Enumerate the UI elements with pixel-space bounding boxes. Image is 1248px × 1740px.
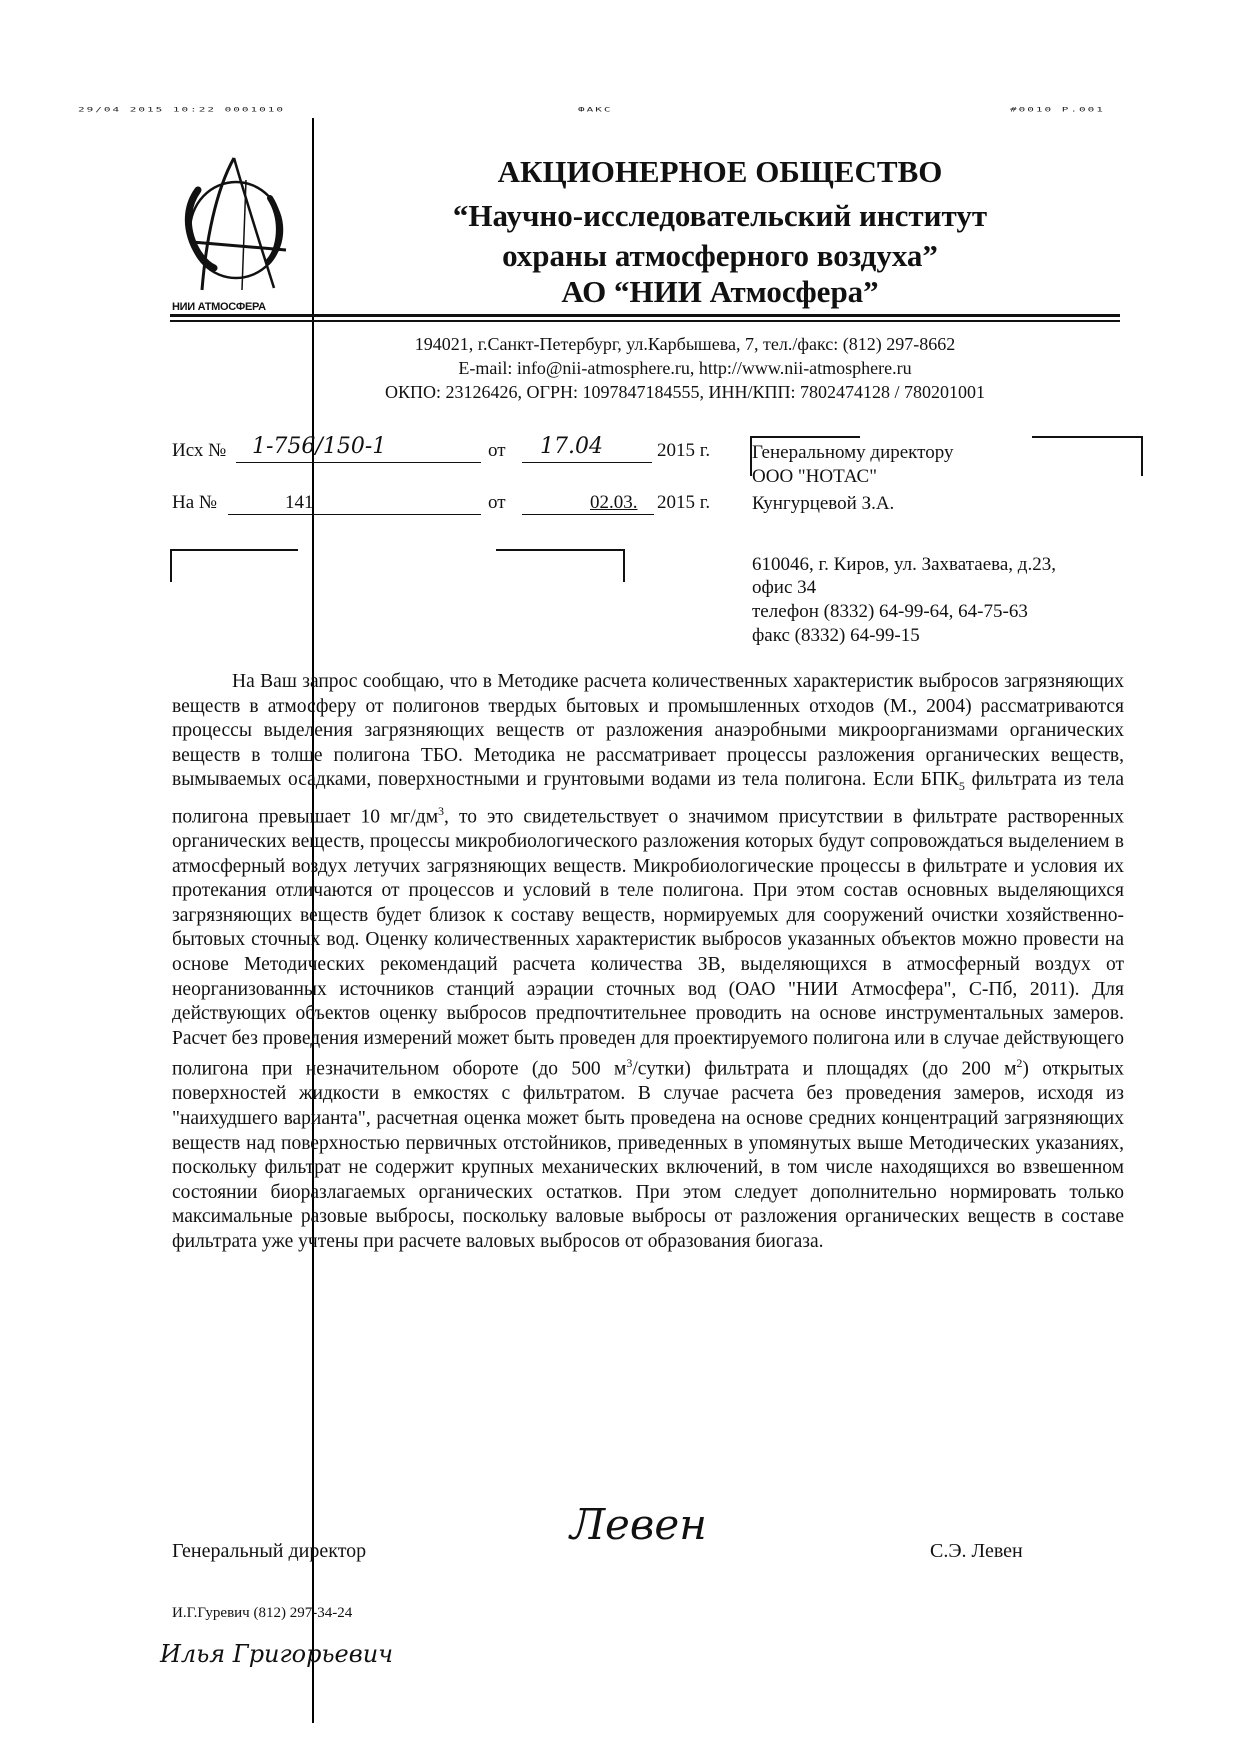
incoming-label: На № [172,492,217,514]
org-email-web: E-mail: info@nii-atmosphere.ru, http://w… [290,356,1080,380]
outgoing-date-label: от [488,440,506,462]
recipient-corner-mark [1032,436,1142,438]
outgoing-date-underline [522,462,652,463]
logo-caption: НИИ АТМОСФЕРА [172,301,266,313]
org-title-line2: “Научно-исследовательский институт [330,196,1110,236]
outgoing-number-underline [236,462,481,463]
letter-body: На Ваш запрос сообщаю, что в Методике ра… [172,670,1124,1255]
corner-mark [623,549,625,582]
signature-handwritten: Левен [570,1500,707,1549]
outgoing-number: 1-756/150-1 [252,434,386,459]
recipient-phone: телефон (8332) 64-99-64, 64-75-63 [752,600,1028,623]
header-rule-thick [170,314,1120,317]
header-rule-thin [170,320,1120,322]
incoming-date-underline [522,514,654,515]
outgoing-date: 17.04 [540,434,603,459]
signatory-name: С.Э. Левен [930,1540,1023,1563]
fax-header-right: #0010 P.001 [1010,106,1105,113]
incoming-date: 02.03. [590,492,638,514]
letter-paragraph: На Ваш запрос сообщаю, что в Методике ра… [172,670,1124,1255]
outgoing-label: Исх № [172,440,226,462]
incoming-number-underline [228,514,481,515]
incoming-number: 141 [285,492,314,514]
signatory-position: Генеральный директор [172,1540,366,1563]
org-address: 194021, г.Санкт-Петербург, ул.Карбышева,… [290,332,1080,356]
org-title-line3: охраны атмосферного воздуха” [330,236,1110,276]
org-title-line1: АКЦИОНЕРНОЕ ОБЩЕСТВО [330,152,1110,192]
corner-mark [496,549,624,551]
executor-handwritten-note: Илья Григорьевич [160,1640,393,1668]
atmosphere-logo-icon [176,150,296,298]
recipient-name: Кунгурцевой З.А. [752,492,894,515]
recipient-company: ООО "НОТАС" [752,465,877,488]
recipient-address-line2: офис 34 [752,576,816,599]
outgoing-year: 2015 г. [657,440,710,462]
executor-contact: И.Г.Гуревич (812) 297-34-24 [172,1605,352,1622]
incoming-year: 2015 г. [657,492,710,514]
recipient-fax: факс (8332) 64-99-15 [752,624,920,647]
incoming-date-label: от [488,492,506,514]
org-registry: ОКПО: 23126426, ОГРН: 1097847184555, ИНН… [290,380,1080,404]
recipient-position: Генеральному директору [752,441,953,464]
logo [176,150,296,298]
recipient-corner-mark [1141,436,1143,476]
corner-mark [170,549,298,551]
recipient-corner-mark [750,436,860,438]
org-title-line4: АО “НИИ Атмосфера” [330,272,1110,312]
corner-mark [170,549,172,582]
fax-header-center: ФАКС [578,106,613,113]
recipient-address-line1: 610046, г. Киров, ул. Захватаева, д.23, [752,553,1056,576]
fax-header-left: 29/04 2015 10:22 0001010 [78,106,285,113]
